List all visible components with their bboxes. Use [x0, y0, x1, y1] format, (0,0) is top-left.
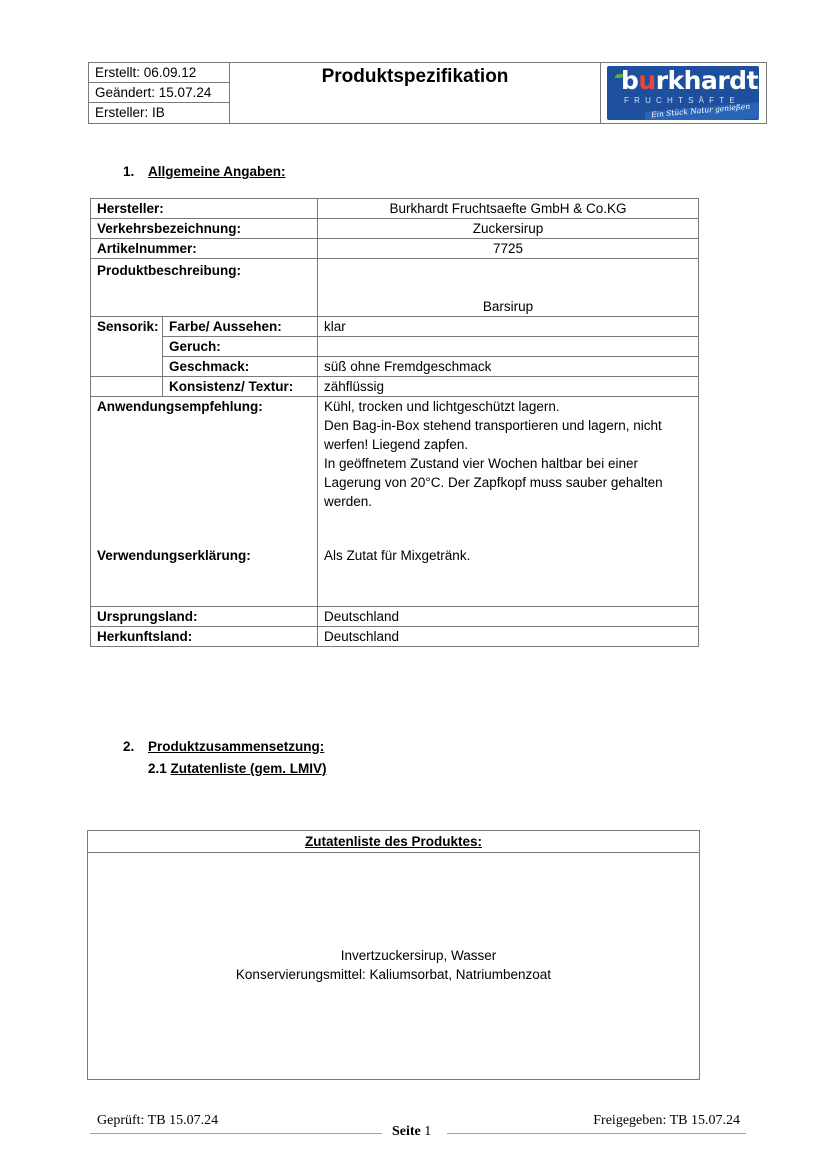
ingredients-line: Invertzuckersirup, Wasser — [88, 946, 699, 965]
apple-accent-letter: u — [638, 66, 655, 95]
table-row: Anwendungsempfehlung: Verwendungserkläru… — [91, 397, 699, 607]
sensorik-label: Sensorik: — [91, 317, 163, 337]
page-indicator: Seite 1 — [392, 1124, 431, 1140]
table-row: Sensorik: Farbe/ Aussehen: klar — [91, 317, 699, 337]
section-2-heading: 2.Produktzusammensetzung: — [123, 739, 324, 754]
herkunftsland-value: Deutschland — [318, 627, 699, 647]
footer-divider-right — [447, 1133, 746, 1134]
subsection-title: Zutatenliste (gem. LMIV) — [171, 761, 327, 776]
anwendungsempfehlung-line: In geöffnetem Zustand vier Wochen haltba… — [324, 454, 692, 473]
sensorik-spacer — [91, 377, 163, 397]
logo-cell: burkhardt FRUCHTSÄFTE Ein Stück Natur ge… — [600, 63, 767, 123]
table-row: Verkehrsbezeichnung: Zuckersirup — [91, 219, 699, 239]
author: Ersteller: IB — [89, 103, 229, 123]
section-number: 2. — [123, 739, 148, 754]
anwendung-verwendung-labels: Anwendungsempfehlung: Verwendungserkläru… — [91, 397, 318, 607]
table-row: Konsistenz/ Textur: zähflüssig — [91, 377, 699, 397]
sensorik-item-label: Farbe/ Aussehen: — [163, 317, 318, 337]
table-row: Hersteller: Burkhardt Fruchtsaefte GmbH … — [91, 199, 699, 219]
table-row: Geschmack: süß ohne Fremdgeschmack — [91, 357, 699, 377]
table-row: Herkunftsland: Deutschland — [91, 627, 699, 647]
header-meta: Erstellt: 06.09.12 Geändert: 15.07.24 Er… — [89, 63, 230, 123]
sensorik-item-value: klar — [318, 317, 699, 337]
artikelnummer-label: Artikelnummer: — [91, 239, 318, 259]
hersteller-label: Hersteller: — [91, 199, 318, 219]
anwendungsempfehlung-line: werden. — [324, 492, 692, 511]
verkehrsbezeichnung-value: Zuckersirup — [318, 219, 699, 239]
anwendungsempfehlung-line: werfen! Liegend zapfen. — [324, 435, 692, 454]
table-row: Artikelnummer: 7725 — [91, 239, 699, 259]
document-header: Erstellt: 06.09.12 Geändert: 15.07.24 Er… — [88, 62, 767, 124]
hersteller-value: Burkhardt Fruchtsaefte GmbH & Co.KG — [318, 199, 699, 219]
anwendungsempfehlung-label: Anwendungsempfehlung: — [97, 397, 311, 416]
section-2-1-heading: 2.1 Zutatenliste (gem. LMIV) — [148, 761, 327, 776]
section-title: Produktzusammensetzung: — [148, 739, 324, 754]
sensorik-spacer — [91, 357, 163, 377]
table-row: Ursprungsland: Deutschland — [91, 607, 699, 627]
changed-date: Geändert: 15.07.24 — [89, 83, 229, 103]
created-date: Erstellt: 06.09.12 — [89, 63, 229, 83]
burkhardt-logo: burkhardt FRUCHTSÄFTE Ein Stück Natur ge… — [607, 66, 759, 120]
produktbeschreibung-value: Barsirup — [318, 259, 699, 317]
produktbeschreibung-label: Produktbeschreibung: — [91, 259, 318, 317]
anwendungsempfehlung-line: Lagerung von 20°C. Der Zapfkopf muss sau… — [324, 473, 692, 492]
page-number: 1 — [424, 1124, 431, 1139]
document-title: Produktspezifikation — [230, 63, 600, 123]
sensorik-item-label: Konsistenz/ Textur: — [163, 377, 318, 397]
sensorik-item-label: Geschmack: — [163, 357, 318, 377]
section-title: Allgemeine Angaben: — [148, 164, 286, 179]
ingredients-list: Invertzuckersirup, Wasser Konservierungs… — [88, 946, 699, 984]
sensorik-spacer — [91, 337, 163, 357]
section-number: 1. — [123, 164, 148, 179]
herkunftsland-label: Herkunftsland: — [91, 627, 318, 647]
anwendung-verwendung-values: Kühl, trocken und lichtgeschützt lagern.… — [318, 397, 699, 607]
sensorik-item-value: süß ohne Fremdgeschmack — [318, 357, 699, 377]
artikelnummer-value: 7725 — [318, 239, 699, 259]
released-by: Freigegeben: TB 15.07.24 — [593, 1113, 740, 1129]
section-1-heading: 1.Allgemeine Angaben: — [123, 164, 286, 179]
ingredients-line: Konservierungsmittel: Kaliumsorbat, Natr… — [88, 965, 699, 984]
sensorik-item-label: Geruch: — [163, 337, 318, 357]
table-row: Produktbeschreibung: Barsirup — [91, 259, 699, 317]
verkehrsbezeichnung-label: Verkehrsbezeichnung: — [91, 219, 318, 239]
sensorik-item-value — [318, 337, 699, 357]
general-info-table: Hersteller: Burkhardt Fruchtsaefte GmbH … — [90, 198, 699, 647]
anwendungsempfehlung-line: Den Bag-in-Box stehend transportieren un… — [324, 416, 692, 435]
verwendungserklaerung-value: Als Zutat für Mixgetränk. — [324, 546, 470, 565]
checked-by: Geprüft: TB 15.07.24 — [97, 1113, 218, 1129]
ursprungsland-value: Deutschland — [318, 607, 699, 627]
logo-brand: burkhardt — [621, 66, 758, 95]
ursprungsland-label: Ursprungsland: — [91, 607, 318, 627]
footer-divider-left — [90, 1133, 382, 1134]
table-row: Geruch: — [91, 337, 699, 357]
subsection-number: 2.1 — [148, 761, 167, 776]
ingredients-header: Zutatenliste des Produktes: — [88, 831, 699, 853]
ingredients-box: Zutatenliste des Produktes: Invertzucker… — [87, 830, 700, 1080]
anwendungsempfehlung-line: Kühl, trocken und lichtgeschützt lagern. — [324, 397, 692, 416]
sensorik-item-value: zähflüssig — [318, 377, 699, 397]
verwendungserklaerung-label: Verwendungserklärung: — [97, 546, 251, 565]
